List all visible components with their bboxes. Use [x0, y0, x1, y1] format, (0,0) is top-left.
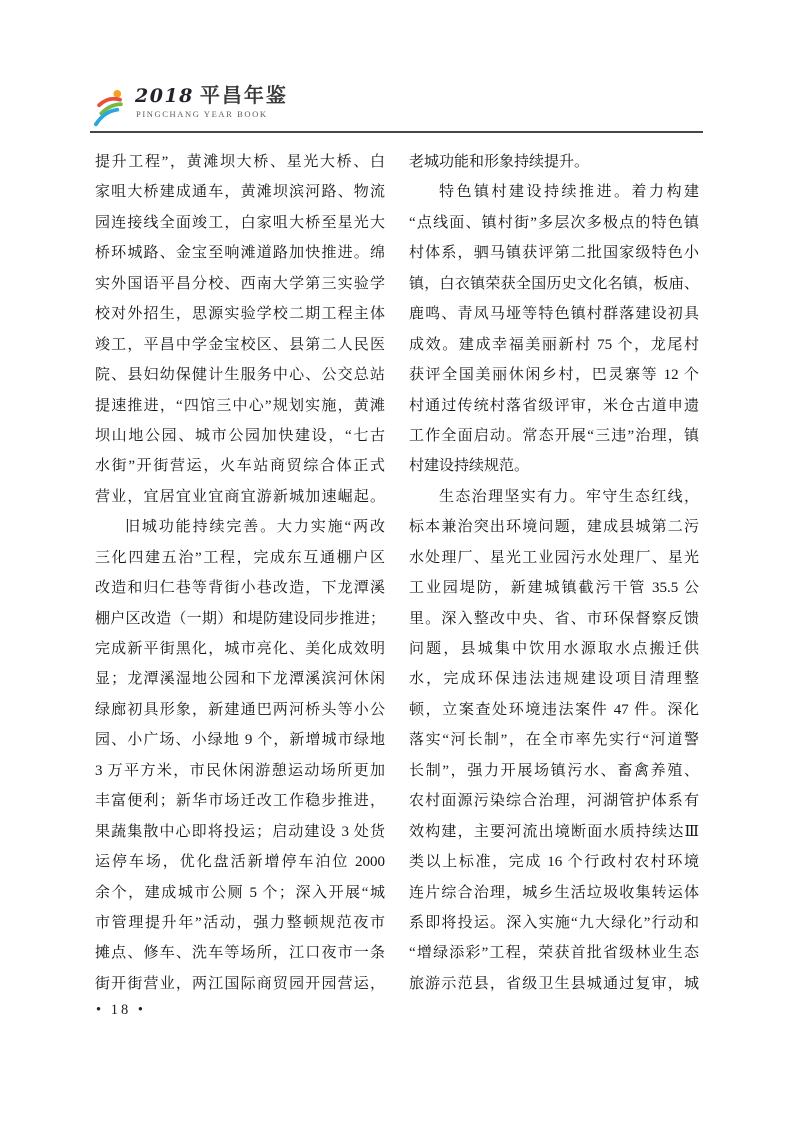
- text-line: 实外国语平昌分校、西南大学第三实验学: [95, 269, 385, 299]
- text-line: 获评全国美丽休闲乡村，巴灵寨等 12 个: [409, 360, 699, 390]
- text-line: 农村面源污染综合治理，河湖管护体系有: [409, 786, 699, 816]
- text-line: 水，完成环保违法违规建设项目清理整: [409, 664, 699, 694]
- page-body: 提升工程”，黄滩坝大桥、星光大桥、白家咀大桥建成通车，黄滩坝滨河路、物流园连接线…: [95, 147, 699, 999]
- text-line: 三化四建五治”工程，完成东互通棚户区: [95, 543, 385, 573]
- page-header: 2018 平昌年鉴 PINGCHANG YEAR BOOK: [90, 86, 703, 133]
- text-line: 村通过传统村落省级评审，米仓古道申遗: [409, 391, 699, 421]
- text-line: 校对外招生，思源实验学校二期工程主体: [95, 299, 385, 329]
- logo-title-cn: 平昌年鉴: [200, 86, 288, 106]
- text-line: 水街”开街营运，火车站商贸综合体正式: [95, 451, 385, 481]
- text-line: 绿廊初具形象，新建通巴两河桥头等小公: [95, 695, 385, 725]
- text-line: 工业园堤防，新建城镇截污干管 35.5 公: [409, 573, 699, 603]
- text-line: 运停车场，优化盘活新增停车泊位 2000: [95, 847, 385, 877]
- text-line: 市管理提升年”活动，强力整顿规范夜市: [95, 908, 385, 938]
- text-line: 院、县妇幼保健计生服务中心、公交总站: [95, 360, 385, 390]
- text-line: 丰富便利；新华市场迁改工作稳步推进，: [95, 786, 385, 816]
- text-line: 园连接线全面竣工，白家咀大桥至星光大: [95, 208, 385, 238]
- text-line: 改造和归仁巷等背街小巷改造，下龙潭溪: [95, 573, 385, 603]
- text-line: 旧城功能持续完善。大力实施“两改: [95, 512, 385, 542]
- text-line: 工作全面启动。常态开展“三违”治理，镇: [409, 421, 699, 451]
- text-line: 鹿鸣、青凤马垭等特色镇村群落建设初具: [409, 299, 699, 329]
- text-line: 类以上标准，完成 16 个行政村农村环境: [409, 847, 699, 877]
- left-column: 提升工程”，黄滩坝大桥、星光大桥、白家咀大桥建成通车，黄滩坝滨河路、物流园连接线…: [95, 147, 385, 999]
- text-line: 显；龙潭溪湿地公园和下龙潭溪滨河休闲: [95, 664, 385, 694]
- logo-year: 2018: [135, 87, 194, 106]
- text-line: 旅游示范县，省级卫生县城通过复审，城: [409, 969, 699, 999]
- text-line: 长制”，强力开展场镇污水、畜禽养殖、: [409, 756, 699, 786]
- text-line: 提速推进，“四馆三中心”规划实施，黄滩: [95, 391, 385, 421]
- logo-subtitle-en: PINGCHANG YEAR BOOK: [136, 110, 288, 119]
- text-line: “点线面、镇村街”多层次多极点的特色镇: [409, 208, 699, 238]
- yearbook-logo: 2018 平昌年鉴 PINGCHANG YEAR BOOK: [90, 86, 703, 128]
- yearbook-page: 2018 平昌年鉴 PINGCHANG YEAR BOOK 提升工程”，黄滩坝大…: [0, 0, 793, 1122]
- text-line: 连片综合治理，城乡生活垃圾收集转运体: [409, 878, 699, 908]
- text-line: 3 万平方米，市民休闲游憩运动场所更加: [95, 756, 385, 786]
- text-line: 特色镇村建设持续推进。着力构建: [409, 177, 699, 207]
- text-line: 摊点、修车、洗车等场所，江口夜市一条: [95, 938, 385, 968]
- text-line: 成效。建成幸福美丽新村 75 个，龙尾村: [409, 330, 699, 360]
- header-divider: [90, 131, 703, 133]
- text-line: 桥环城路、金宝至响滩道路加快推进。绵: [95, 238, 385, 268]
- text-line: 村建设持续规范。: [409, 451, 699, 481]
- text-line: 营业，宜居宜业宜商宜游新城加速崛起。: [95, 482, 385, 512]
- text-line: 园、小广场、小绿地 9 个，新增城市绿地: [95, 725, 385, 755]
- text-line: 效构建，主要河流出境断面水质持续达Ⅲ: [409, 817, 699, 847]
- right-column: 老城功能和形象持续提升。特色镇村建设持续推进。着力构建“点线面、镇村街”多层次多…: [409, 147, 699, 999]
- text-line: 村体系，驷马镇获评第二批国家级特色小: [409, 238, 699, 268]
- logo-text-block: 2018 平昌年鉴 PINGCHANG YEAR BOOK: [135, 86, 288, 119]
- text-line: 老城功能和形象持续提升。: [409, 147, 699, 177]
- text-line: 竣工，平昌中学金宝校区、县第二人民医: [95, 330, 385, 360]
- text-line: 街开街营业，两江国际商贸园开园营运，: [95, 969, 385, 999]
- text-line: 棚户区改造（一期）和堤防建设同步推进；: [95, 604, 385, 634]
- text-line: 顿，立案查处环境违法案件 47 件。深化: [409, 695, 699, 725]
- text-line: 里。深入整改中央、省、市环保督察反馈: [409, 604, 699, 634]
- text-line: 系即将投运。深入实施“九大绿化”行动和: [409, 908, 699, 938]
- text-line: 提升工程”，黄滩坝大桥、星光大桥、白: [95, 147, 385, 177]
- yearbook-logo-icon: [90, 87, 130, 127]
- text-line: 坝山地公园、城市公园加快建设，“七古: [95, 421, 385, 451]
- text-line: 余个，建成城市公厕 5 个；深入开展“城: [95, 878, 385, 908]
- text-line: 果蔬集散中心即将投运；启动建设 3 处货: [95, 817, 385, 847]
- text-line: 问题，县城集中饮用水源取水点搬迁供: [409, 634, 699, 664]
- text-line: “增绿添彩”工程，荣获首批省级林业生态: [409, 938, 699, 968]
- text-line: 落实“河长制”，在全市率先实行“河道警: [409, 725, 699, 755]
- page-number: • 18 •: [96, 1002, 146, 1018]
- text-line: 生态治理坚实有力。牢守生态红线，: [409, 482, 699, 512]
- text-line: 家咀大桥建成通车，黄滩坝滨河路、物流: [95, 177, 385, 207]
- text-line: 镇，白衣镇荣获全国历史文化名镇，板庙、: [409, 269, 699, 299]
- text-line: 水处理厂、星光工业园污水处理厂、星光: [409, 543, 699, 573]
- page-footer: • 18 •: [96, 1001, 146, 1019]
- text-line: 完成新平街黑化，城市亮化、美化成效明: [95, 634, 385, 664]
- text-line: 标本兼治突出环境问题，建成县城第二污: [409, 512, 699, 542]
